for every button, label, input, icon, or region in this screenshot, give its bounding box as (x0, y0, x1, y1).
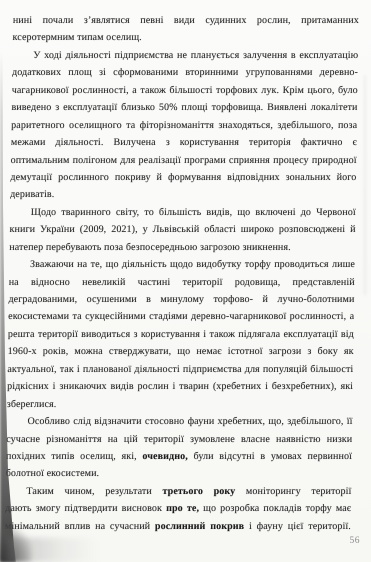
paragraph: Таким чином, результати третього року мо… (5, 483, 352, 535)
bold-text: рослинний покрив (155, 521, 244, 532)
text-line: межами діяльності. Вилучена з користуван… (11, 134, 357, 151)
paragraph: нині почали з’являтися певні види судинн… (12, 12, 359, 47)
text-line: мінімальний вплив на сучасний рослинний … (5, 518, 351, 535)
text-line: ксеротермним типам оселищ. (12, 29, 358, 46)
text-line: 1960-х років, можна стверджувати, що нем… (8, 343, 354, 360)
text-line: болотної екосистеми. (6, 465, 352, 482)
text-line: Таким чином, результати третього року мо… (5, 483, 351, 500)
text-line: У ході діяльності підприємства не планує… (12, 47, 358, 64)
bold-text: очевидно, (142, 451, 188, 462)
text-line: демутації рослинного покриву й формуванн… (10, 169, 356, 186)
scan-bottom-smudge (8, 538, 100, 562)
bold-text: третього року (162, 486, 235, 497)
text-line: збереглися. (7, 396, 353, 413)
scanned-document-page: нині почали з’являтися певні види судинн… (0, 0, 371, 562)
text-line: дають змогу підтвердити висновок про те,… (5, 500, 351, 517)
text-line: додаткових площ зі сформованими вторинни… (12, 64, 358, 81)
text-line: оптимальним полігоном для реалізації про… (11, 152, 357, 169)
text-line: книги України (2009, 2021), у Львівській… (9, 221, 355, 238)
text-line: нині почали з’являтися певні види судинн… (13, 12, 359, 29)
text-line: чагарникової рослинності, а також більшо… (12, 82, 358, 99)
text-line: виведено з експлуатації близько 50% площ… (11, 99, 357, 116)
text-line: Особливо слід відзначити стосовно фауни … (6, 413, 352, 430)
text-line: дериватів. (10, 186, 356, 203)
text-line: екосистемами та сукцесійними стадіями де… (8, 308, 354, 325)
text-line: Зважаючи на те, що діяльність щодо видоб… (9, 256, 355, 273)
text-block: нині почали з’являтися певні види судинн… (5, 12, 359, 535)
page-number: 56 (350, 536, 361, 546)
text-line: деградованими, осушеними в минулому торф… (8, 291, 354, 308)
text-line: сучасне різноманіття на цій території зу… (6, 431, 352, 448)
paragraph: Зважаючи на те, що діяльність щодо видоб… (7, 256, 355, 413)
text-line: Щодо тваринного світу, то більшість виді… (10, 204, 356, 221)
text-line: натепер перебувають поза безпосередньою … (9, 239, 355, 256)
text-line: решта території виводиться з користуванн… (8, 326, 354, 343)
paragraph: Щодо тваринного світу, то більшість виді… (9, 204, 356, 256)
text-line: раритетного оселищного та фіторізноманіт… (11, 117, 357, 134)
text-line: рідкісних і зникаючих видів рослин і тва… (7, 378, 353, 395)
paragraph: Особливо слід відзначити стосовно фауни … (6, 413, 353, 483)
text-line: актуальної, так і планованої діяльності … (7, 361, 353, 378)
bold-text: про те, (166, 503, 199, 514)
paragraph: У ході діяльності підприємства не планує… (10, 47, 358, 204)
scan-right-smudge (364, 75, 366, 295)
text-line: похідних типів оселищ, які, очевидно, бу… (6, 448, 352, 465)
text-line: на відносно невеликій частині території … (9, 274, 355, 291)
